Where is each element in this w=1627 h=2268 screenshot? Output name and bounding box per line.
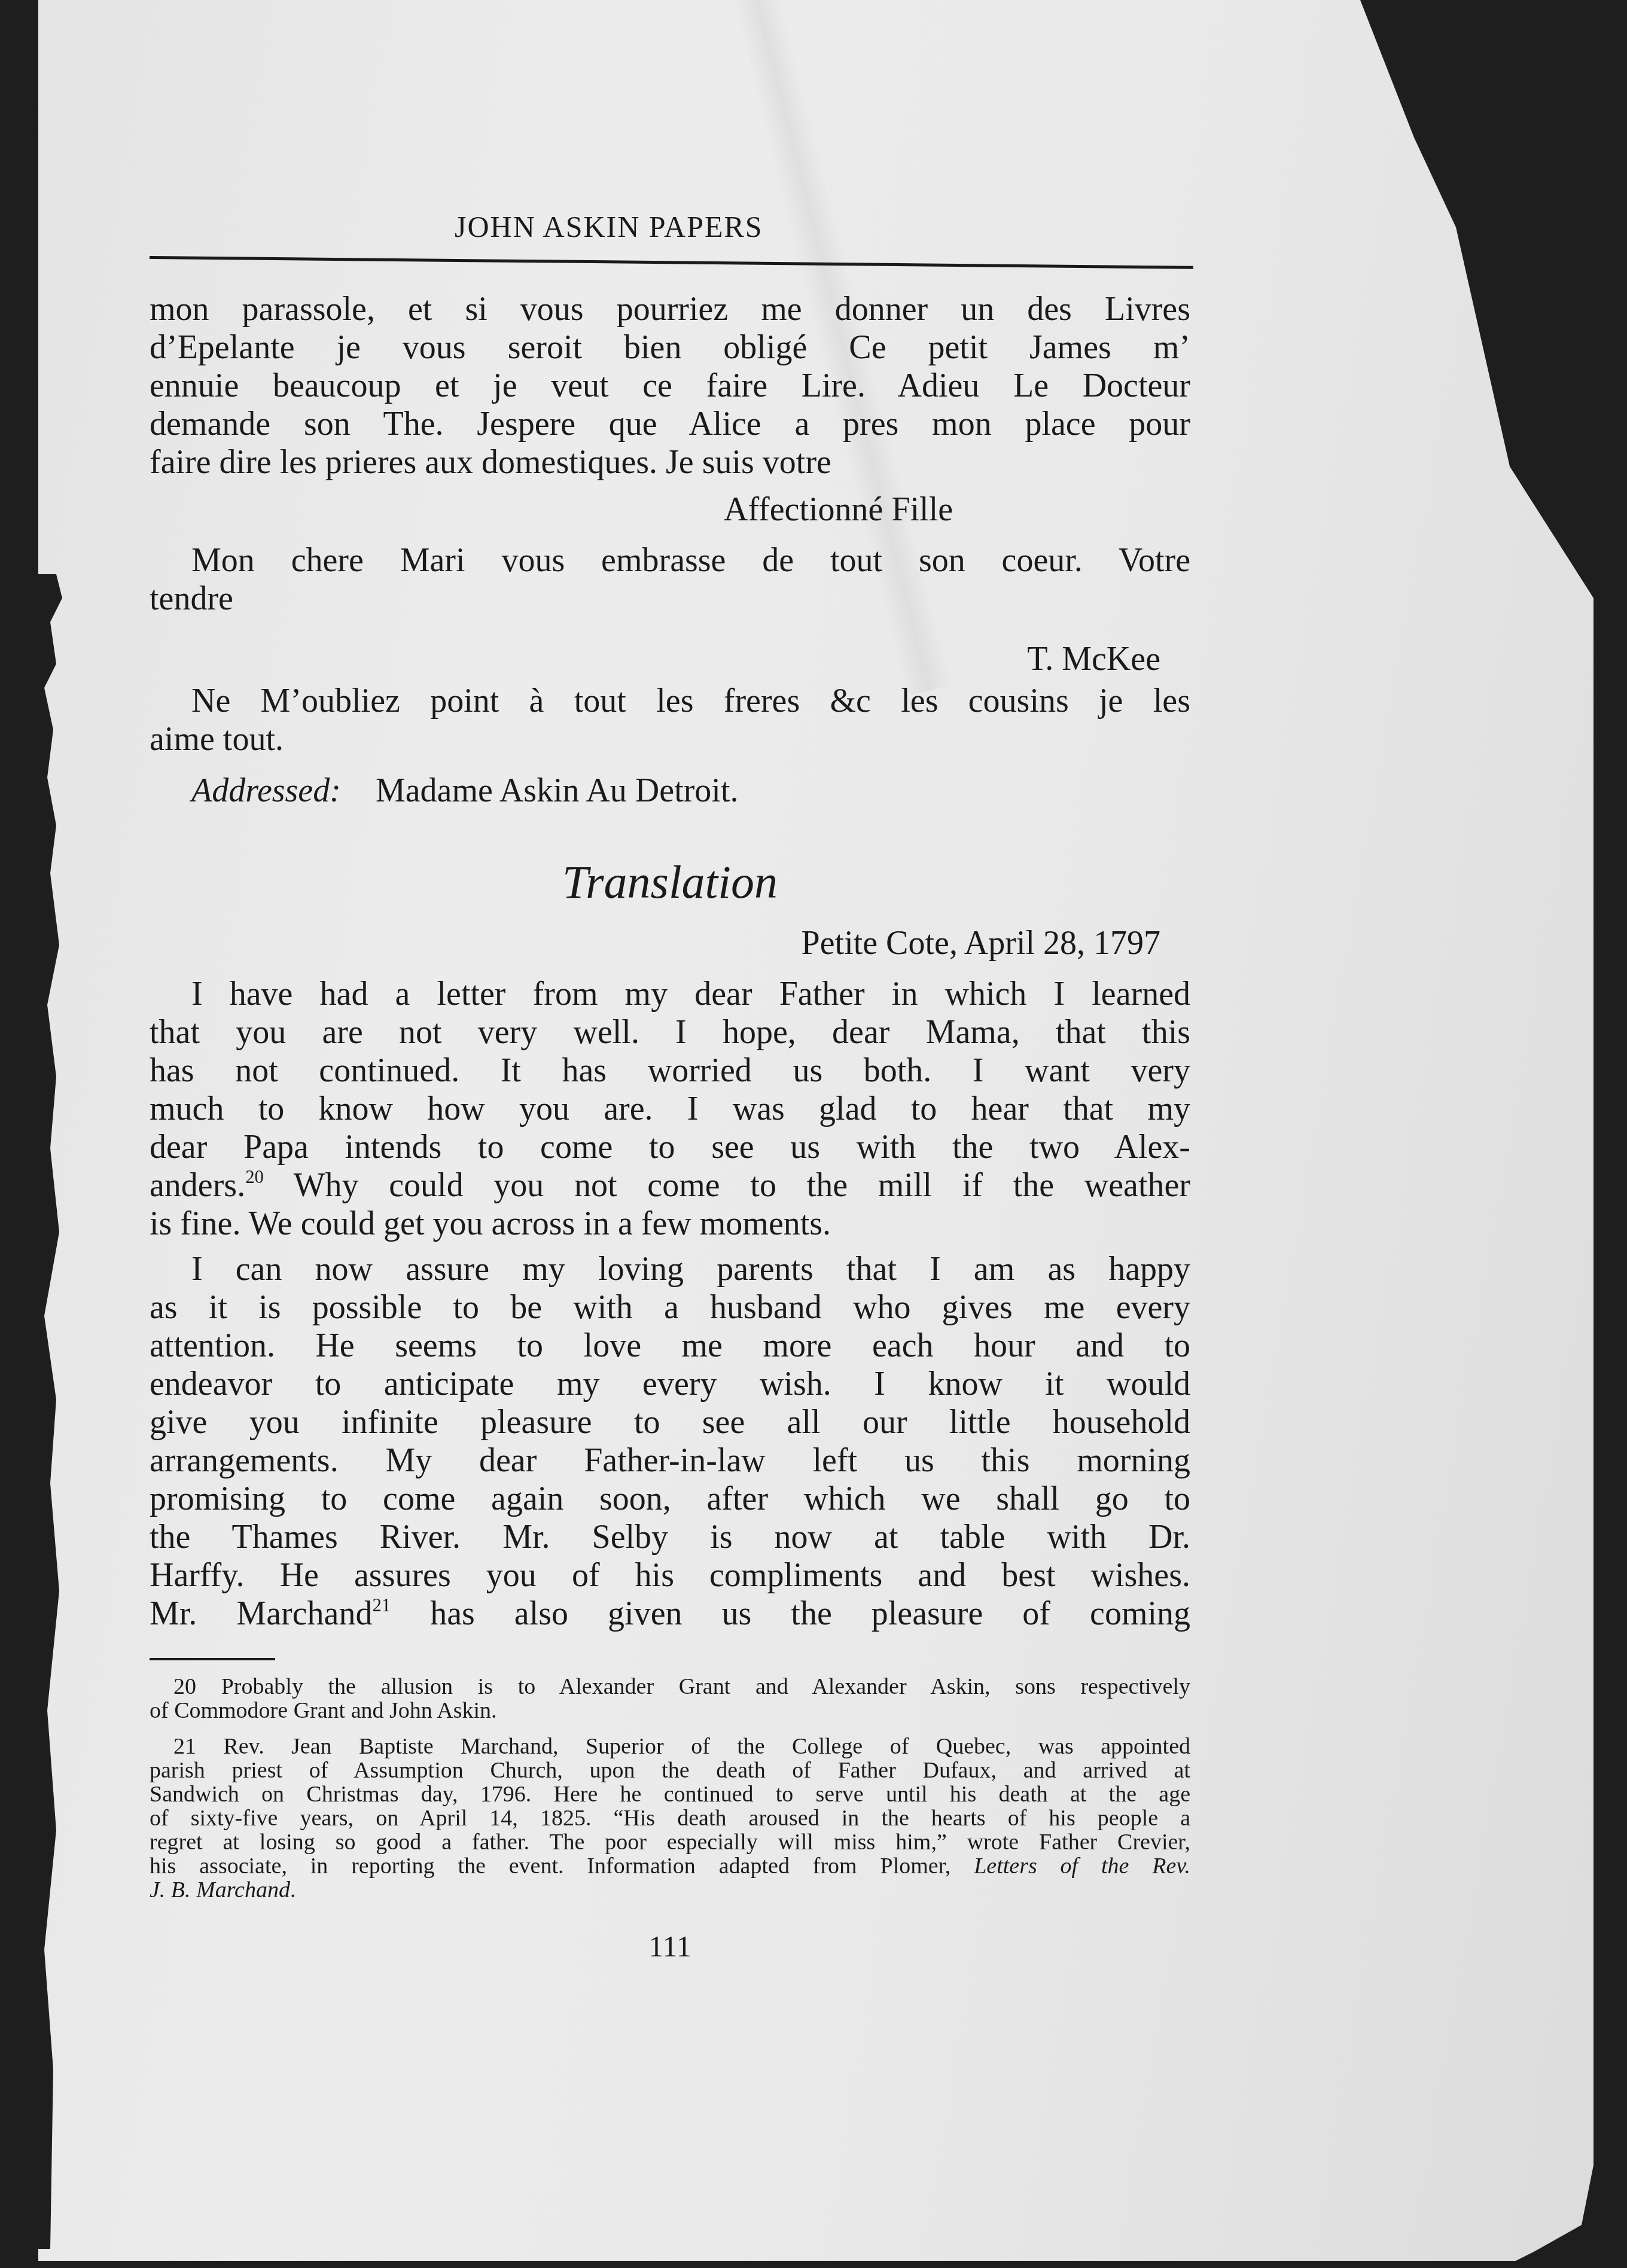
text-line: dear Papa intends to come to see us with… (150, 1128, 1190, 1166)
text-fragment: anders. (150, 1167, 245, 1204)
dateline: Petite Cote, April 28, 1797 (150, 924, 1160, 962)
footnote-21-line: regret at losing so good a father. The p… (150, 1830, 1190, 1854)
text-line: arrangements. My dear Father-in-law left… (150, 1441, 1190, 1480)
text-line: Mon chere Mari vous embrasse de tout son… (150, 541, 1190, 580)
address-value: Madame Askin Au Detroit. (376, 772, 739, 809)
text-fragment: . (290, 1877, 296, 1903)
text-fragment: his associate, in reporting the event. I… (150, 1854, 974, 1879)
text-fragment: has also given us the pleasure of coming (391, 1595, 1190, 1632)
text-fragment: Why could you not come to the mill if th… (264, 1167, 1190, 1204)
footnote-20-line: 20 Probably the allusion is to Alexander… (150, 1675, 1190, 1699)
text-line-with-footnote-ref: Mr. Marchand21 has also given us the ple… (150, 1595, 1190, 1633)
text-fragment: Mr. Marchand (150, 1595, 372, 1632)
footnote-21-line: 21 Rev. Jean Baptiste Marchand, Superior… (150, 1734, 1190, 1758)
footnote-21-line: J. B. Marchand. (150, 1878, 1190, 1902)
text-line-with-footnote-ref: anders.20 Why could you not come to the … (150, 1166, 1190, 1205)
text-line: promising to come again soon, after whic… (150, 1480, 1190, 1518)
text-line: demande son The. Jespere que Alice a pre… (150, 405, 1190, 443)
footnote-rule (150, 1658, 275, 1660)
text-line: mon parassole, et si vous pourriez me do… (150, 290, 1190, 328)
text-line: that you are not very well. I hope, dear… (150, 1013, 1190, 1051)
text-line: Ne M’oubliez point à tout les freres &c … (150, 682, 1190, 720)
section-title: Translation (150, 855, 1190, 909)
address-label: Addressed: (191, 772, 341, 809)
text-line: endeavor to anticipate my every wish. I … (150, 1365, 1190, 1403)
footnote-20-line: of Commodore Grant and John Askin. (150, 1699, 1190, 1723)
letter-closing: Affectionné Fille (150, 490, 1190, 529)
citation-title: J. B. Marchand (150, 1877, 290, 1903)
citation-title: Letters of the Rev. (974, 1854, 1190, 1879)
page-number: 111 (150, 1929, 1190, 1964)
text-line: ennuie beaucoup et je veut ce faire Lire… (150, 367, 1190, 405)
text-line: aime tout. (150, 720, 1190, 758)
footnote-21-line: Sandwich on Christmas day, 1796. Here he… (150, 1782, 1190, 1806)
footnote-ref-21[interactable]: 21 (372, 1595, 391, 1615)
text-line: I have had a letter from my dear Father … (150, 975, 1190, 1013)
text-line: give you infinite pleasure to see all ou… (150, 1403, 1190, 1441)
text-line: tendre (150, 580, 1190, 618)
running-head: JOHN ASKIN PAPERS (455, 209, 763, 244)
text-line: attention. He seems to love me more each… (150, 1327, 1190, 1365)
text-line: has not continued. It has worried us bot… (150, 1051, 1190, 1090)
text-line: Harffy. He assures you of his compliment… (150, 1556, 1190, 1595)
text-line: much to know how you are. I was glad to … (150, 1090, 1190, 1128)
footnote-21-line: parish priest of Assumption Church, upon… (150, 1758, 1190, 1782)
footnote-ref-20[interactable]: 20 (245, 1167, 264, 1187)
footnote-21-line: his associate, in reporting the event. I… (150, 1854, 1190, 1878)
footnote-21-line: of sixty-five years, on April 14, 1825. … (150, 1806, 1190, 1830)
text-line: faire dire les prieres aux domestiques. … (150, 443, 1190, 481)
signature: T. McKee (150, 640, 1160, 678)
address-line: Addressed: Madame Askin Au Detroit. (150, 772, 1190, 810)
text-line: is fine. We could get you across in a fe… (150, 1205, 1190, 1243)
text-line: the Thames River. Mr. Selby is now at ta… (150, 1518, 1190, 1556)
text-line: as it is possible to be with a husband w… (150, 1288, 1190, 1327)
text-line: I can now assure my loving parents that … (150, 1250, 1190, 1288)
text-line: d’Epelante je vous seroit bien obligé Ce… (150, 328, 1190, 367)
